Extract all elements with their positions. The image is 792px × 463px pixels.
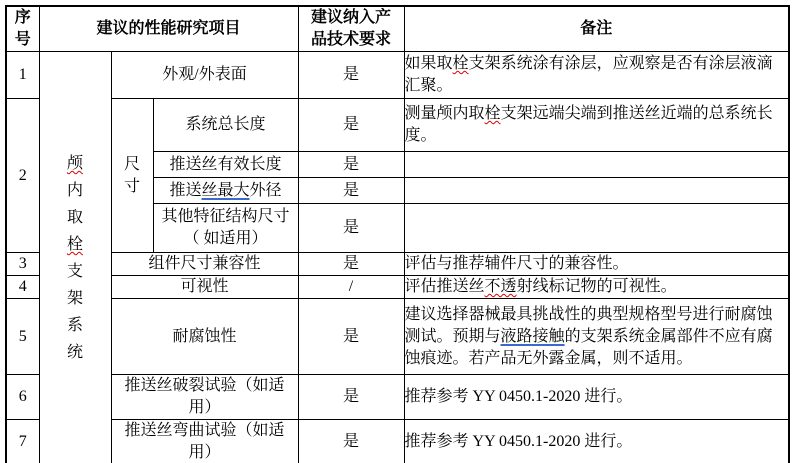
table-row: 3 组件尺寸兼容性 是 评估与推荐辅件尺寸的兼容性。 [6, 253, 789, 276]
row7-req-cell: 是 [298, 420, 404, 463]
row3-req-cell: 是 [298, 253, 404, 276]
table-row: 6 推送丝破裂试验（如适 用） 是 推荐参考 YY 0450.1-2020 进行… [6, 375, 789, 420]
row2b-req-cell: 是 [298, 152, 404, 178]
size-group-cell: 尺 寸 [111, 99, 153, 253]
row2c-remark-cell [404, 178, 789, 204]
row3-remark-cell: 评估与推荐辅件尺寸的兼容性。 [404, 253, 789, 276]
header-research-item: 建议的性能研究项目 [39, 6, 298, 52]
row7-remark-cell: 推荐参考 YY 0450.1-2020 进行。 [404, 420, 789, 463]
header-no: 序 号 [6, 6, 39, 52]
table-row: 4 可视性 / 评估推送丝不透射线标记物的可视性。 [6, 276, 789, 299]
row2a-item-cell: 系统总长度 [153, 99, 298, 152]
row3-item-cell: 组件尺寸兼容性 [111, 253, 298, 276]
device-group-char: 取 [40, 204, 111, 231]
table-row: 5 耐腐蚀性 是 建议选择器械最具挑战性的典型规格型号进行耐腐蚀测试。预期与液路… [6, 299, 789, 375]
row2a-remark-cell: 测量颅内取栓支架远端尖端到推送丝近端的总系统长度。 [404, 99, 789, 152]
row2b-item-cell: 推送丝有效长度 [153, 152, 298, 178]
row4-item-cell: 可视性 [111, 276, 298, 299]
row4-remark-cell: 评估推送丝不透射线标记物的可视性。 [404, 276, 789, 299]
row5-req-cell: 是 [298, 299, 404, 375]
row1-remark-cell: 如果取栓支架系统涂有涂层，应观察是否有涂层液滴汇聚。 [404, 52, 789, 99]
row7-no-cell: 7 [6, 420, 39, 463]
row5-no-cell: 5 [6, 299, 39, 375]
row6-remark-cell: 推荐参考 YY 0450.1-2020 进行。 [404, 375, 789, 420]
row6-item-cell: 推送丝破裂试验（如适 用） [111, 375, 298, 420]
header-requirement: 建议纳入产 品技术要求 [298, 6, 404, 52]
row2d-req-cell: 是 [298, 204, 404, 253]
table-header-row: 序 号 建议的性能研究项目 建议纳入产 品技术要求 备注 [6, 6, 789, 52]
row4-req-cell: / [298, 276, 404, 299]
row1-item-cell: 外观/外表面 [111, 52, 298, 99]
row2d-remark-cell [404, 204, 789, 253]
row2c-item-cell: 推送丝最大外径 [153, 178, 298, 204]
document-page: 序 号 建议的性能研究项目 建议纳入产 品技术要求 备注 1 颅 内 取 栓 支… [0, 0, 792, 463]
device-group-char: 内 [40, 177, 111, 204]
device-group-char: 架 [40, 285, 111, 312]
row2c-req-cell: 是 [298, 178, 404, 204]
device-group-char: 颅 [40, 150, 111, 177]
table-row: 1 颅 内 取 栓 支 架 系 统 外观/外表面 是 如果取栓支架系统涂有涂层，… [6, 52, 789, 99]
device-group-char: 系 [40, 312, 111, 339]
row2d-item-cell: 其他特征结构尺寸 （ 如适用） [153, 204, 298, 253]
table-row: 7 推送丝弯曲试验（如适 用） 是 推荐参考 YY 0450.1-2020 进行… [6, 420, 789, 463]
row6-req-cell: 是 [298, 375, 404, 420]
row2-no-cell: 2 [6, 99, 39, 253]
device-group-char: 支 [40, 258, 111, 285]
row1-req-cell: 是 [298, 52, 404, 99]
row3-no-cell: 3 [6, 253, 39, 276]
header-remark: 备注 [404, 6, 789, 52]
row2a-req-cell: 是 [298, 99, 404, 152]
device-group-cell: 颅 内 取 栓 支 架 系 统 [39, 52, 111, 463]
row6-no-cell: 6 [6, 375, 39, 420]
row7-item-cell: 推送丝弯曲试验（如适 用） [111, 420, 298, 463]
row1-no-cell: 1 [6, 52, 39, 99]
row5-remark-cell: 建议选择器械最具挑战性的典型规格型号进行耐腐蚀测试。预期与液路接触的支架系统金属… [404, 299, 789, 375]
device-group-char: 栓 [40, 231, 111, 258]
table-row: 2 尺 寸 系统总长度 是 测量颅内取栓支架远端尖端到推送丝近端的总系统长度。 [6, 99, 789, 152]
performance-requirements-table: 序 号 建议的性能研究项目 建议纳入产 品技术要求 备注 1 颅 内 取 栓 支… [5, 5, 790, 463]
device-group-char: 统 [40, 339, 111, 366]
row4-no-cell: 4 [6, 276, 39, 299]
row2b-remark-cell [404, 152, 789, 178]
row5-item-cell: 耐腐蚀性 [111, 299, 298, 375]
